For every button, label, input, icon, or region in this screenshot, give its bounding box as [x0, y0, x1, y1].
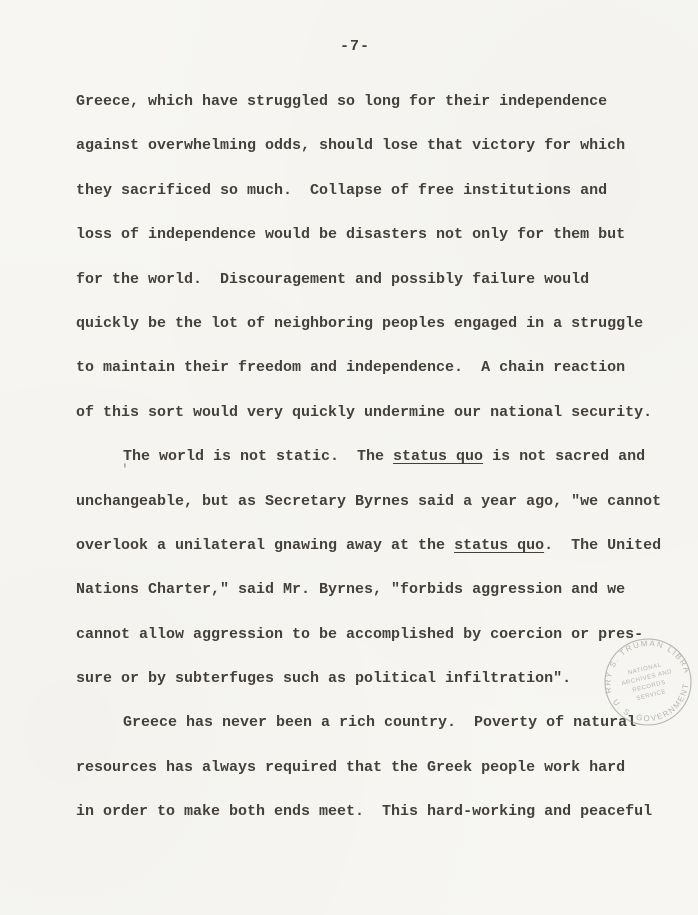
- page-number: -7-: [0, 38, 698, 55]
- text-segment: is not sacred and: [483, 448, 645, 465]
- text-segment: for the world. Discouragement and possib…: [76, 271, 589, 288]
- text-segment: to maintain their freedom and independen…: [76, 359, 625, 376]
- text-line: The world is not static. The status quo …: [76, 435, 674, 479]
- text-segment: resources has always required that the G…: [76, 759, 625, 776]
- text-segment: Greece, which have struggled so long for…: [76, 93, 607, 110]
- text-segment: in order to make both ends meet. This ha…: [76, 803, 652, 820]
- text-line: Nations Charter," said Mr. Byrnes, "forb…: [76, 568, 674, 612]
- text-line: in order to make both ends meet. This ha…: [76, 790, 674, 834]
- text-segment: against overwhelming odds, should lose t…: [76, 137, 625, 154]
- text-line: Greece has never been a rich country. Po…: [76, 701, 674, 745]
- text-line: they sacrificed so much. Collapse of fre…: [76, 169, 674, 213]
- text-line: quickly be the lot of neighboring people…: [76, 302, 674, 346]
- stray-ink-mark: ': [121, 462, 129, 477]
- text-segment: loss of independence would be disasters …: [76, 226, 625, 243]
- text-segment: overlook a unilateral gnawing away at th…: [76, 537, 454, 554]
- underlined-text: status quo: [393, 448, 483, 465]
- text-segment: . The United: [544, 537, 661, 554]
- text-line: loss of independence would be disasters …: [76, 213, 674, 257]
- text-line: for the world. Discouragement and possib…: [76, 258, 674, 302]
- text-segment: cannot allow aggression to be accomplish…: [76, 626, 643, 643]
- text-line: Greece, which have struggled so long for…: [76, 80, 674, 124]
- text-line: to maintain their freedom and independen…: [76, 346, 674, 390]
- text-segment: Greece has never been a rich country. Po…: [123, 714, 636, 731]
- text-line: against overwhelming odds, should lose t…: [76, 124, 674, 168]
- text-line: unchangeable, but as Secretary Byrnes sa…: [76, 480, 674, 524]
- text-segment: quickly be the lot of neighboring people…: [76, 315, 643, 332]
- text-segment: unchangeable, but as Secretary Byrnes sa…: [76, 493, 661, 510]
- text-segment: sure or by subterfuges such as political…: [76, 670, 571, 687]
- text-line: overlook a unilateral gnawing away at th…: [76, 524, 674, 568]
- text-segment: they sacrificed so much. Collapse of fre…: [76, 182, 607, 199]
- text-line: of this sort would very quickly undermin…: [76, 391, 674, 435]
- document-page: -7- Greece, which have struggled so long…: [0, 0, 698, 915]
- text-segment: Nations Charter," said Mr. Byrnes, "forb…: [76, 581, 625, 598]
- text-segment: of this sort would very quickly undermin…: [76, 404, 652, 421]
- text-line: resources has always required that the G…: [76, 746, 674, 790]
- text-segment: The world is not static. The: [123, 448, 393, 465]
- document-lines: Greece, which have struggled so long for…: [76, 80, 674, 835]
- underlined-text: status quo: [454, 537, 544, 554]
